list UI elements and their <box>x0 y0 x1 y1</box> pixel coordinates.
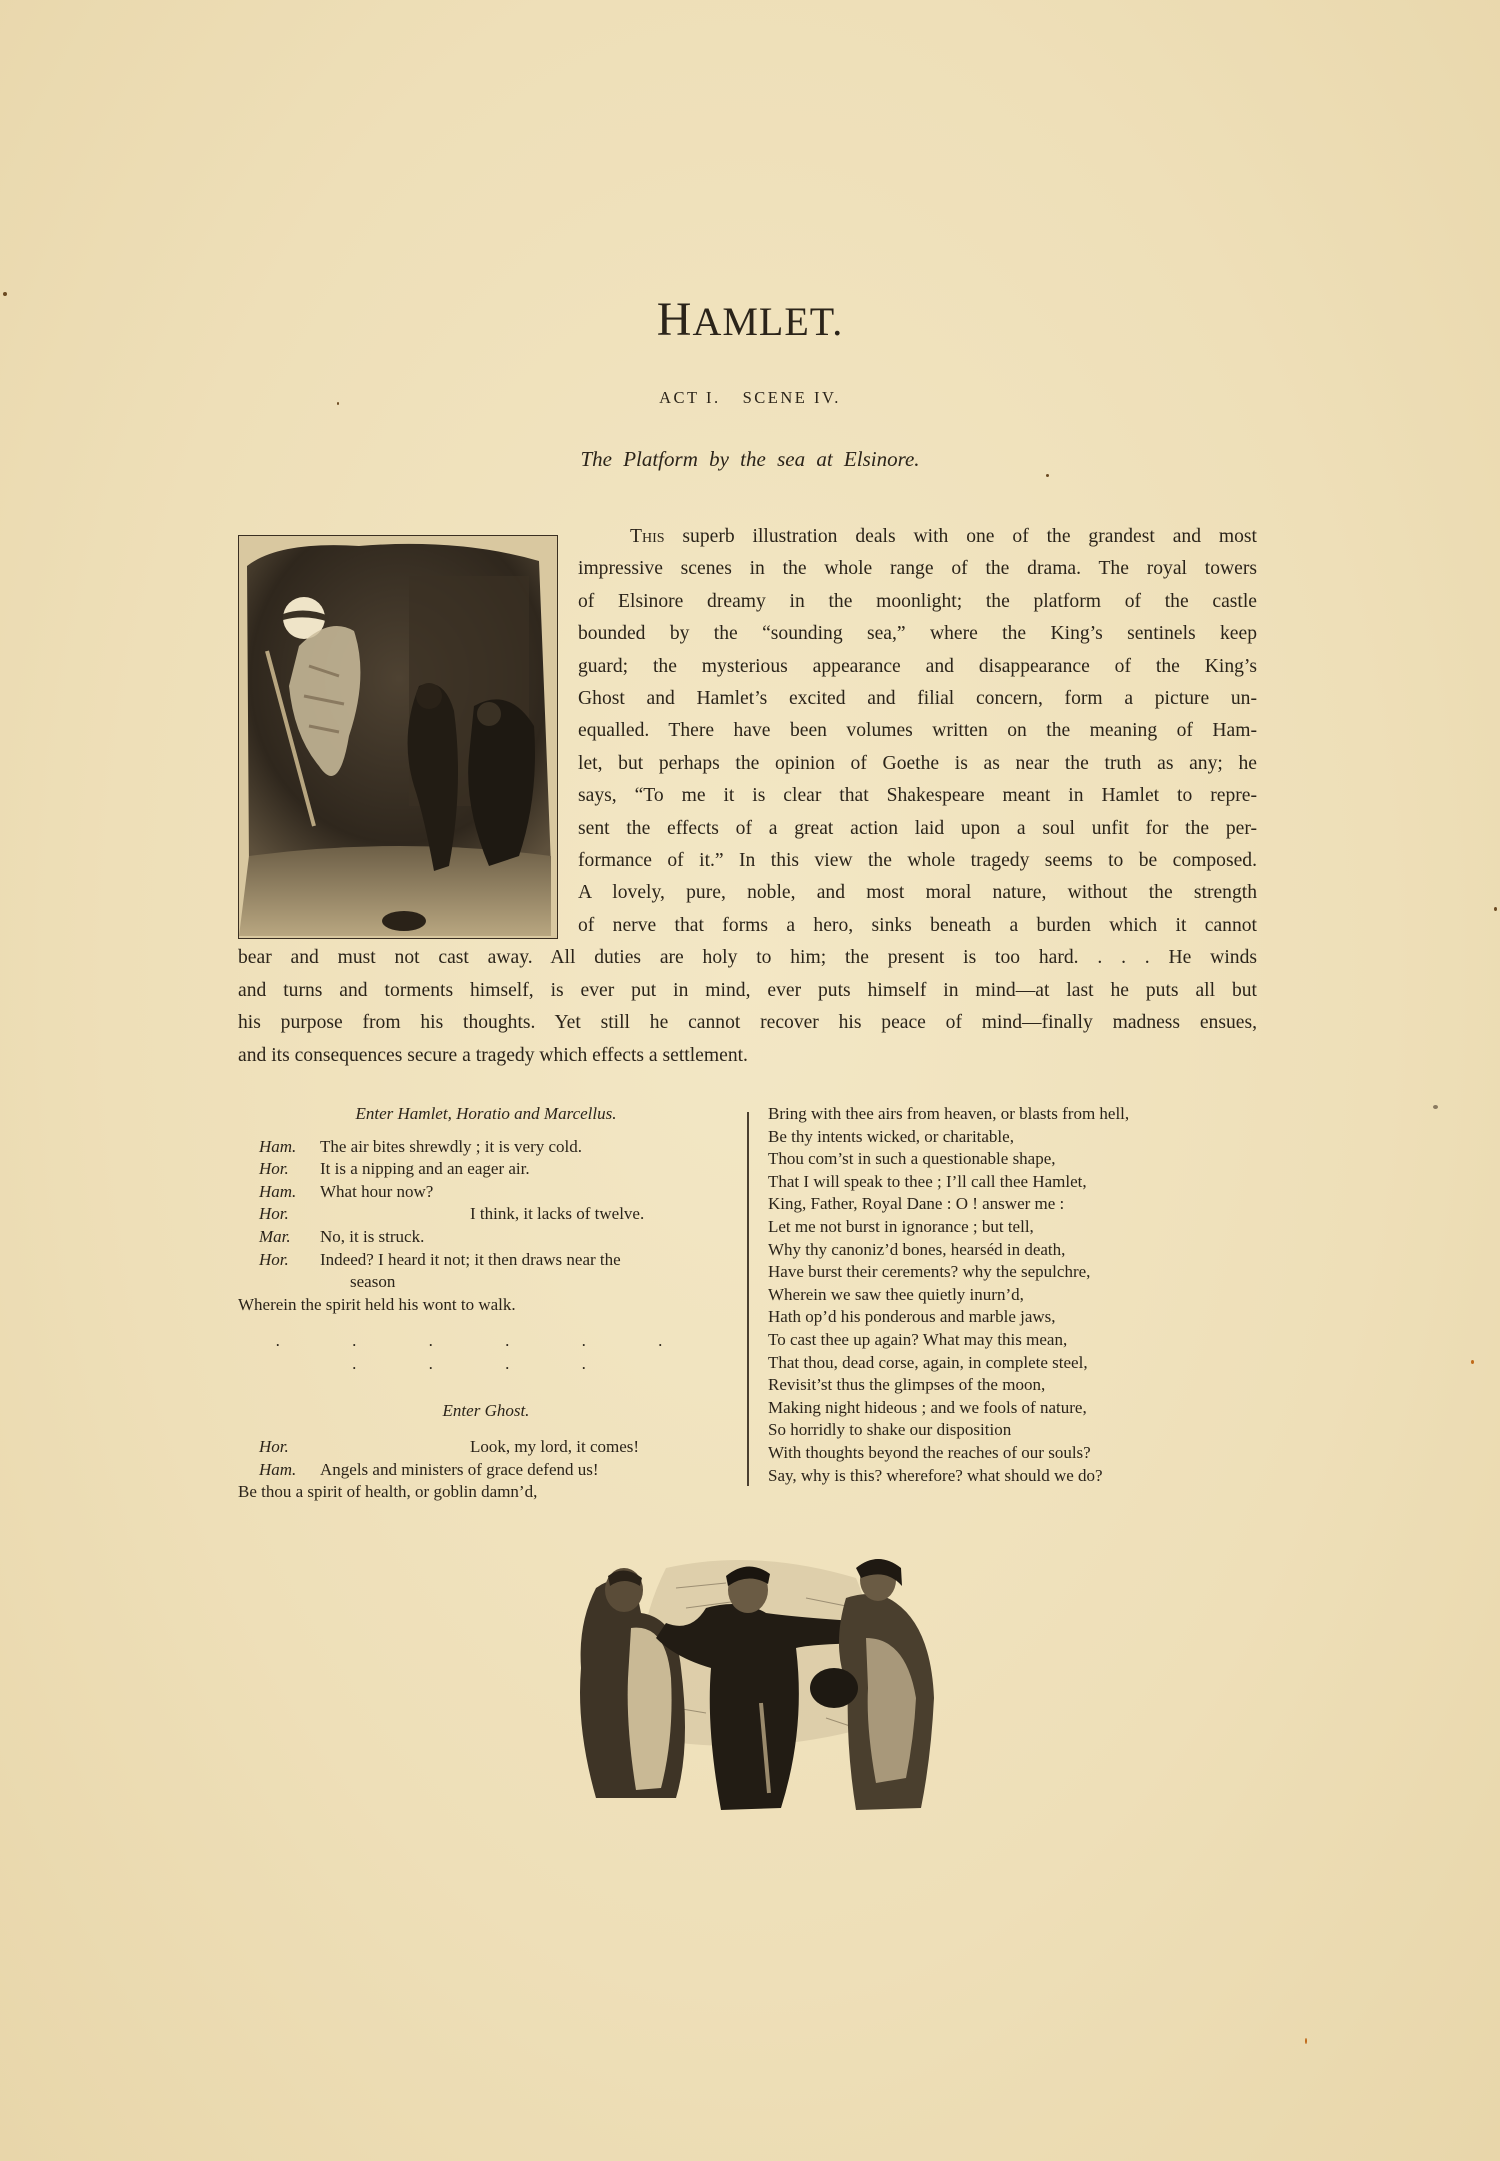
speaker: Hor. <box>238 1249 320 1272</box>
verse-line: Why thy canoniz’d bones, hearséd in deat… <box>768 1239 1238 1262</box>
stage-direction: Enter Ghost. <box>238 1400 734 1423</box>
three-figures-illustration <box>556 1528 946 1818</box>
scene-label: SCENE IV. <box>743 388 841 407</box>
script-left-column: Enter Hamlet, Horatio and Marcellus. Ham… <box>238 1103 734 1504</box>
act-scene-heading: ACT I.SCENE IV. <box>0 388 1500 408</box>
paper-speck <box>1471 1360 1474 1364</box>
title-initial: H <box>657 293 693 346</box>
commentary-line: of nerve that forms a hero, sinks beneat… <box>578 910 1257 942</box>
act-label: ACT I. <box>659 388 720 407</box>
commentary-line: guard; the mysterious appearance and dis… <box>578 651 1257 683</box>
commentary-line: This superb illustration deals with one … <box>580 521 1257 553</box>
commentary-line: bear and must not cast away. All duties … <box>238 942 1257 974</box>
paper-speck <box>1046 474 1049 477</box>
speech-line: Hor.I think, it lacks of twelve. <box>238 1203 734 1226</box>
verse-line: Wherein the spirit held his wont to walk… <box>238 1294 734 1317</box>
verse-line: Have burst their cerements? why the sepu… <box>768 1261 1238 1284</box>
paper-speck <box>1433 1105 1438 1109</box>
verse-line: Let me not burst in ignorance ; but tell… <box>768 1216 1238 1239</box>
commentary-line: and turns and torments himself, is ever … <box>238 975 1257 1007</box>
book-page: HAMLET. ACT I.SCENE IV. The Platform by … <box>0 0 1500 2161</box>
engraving-image <box>556 1528 946 1818</box>
speech-text: No, it is struck. <box>320 1226 424 1249</box>
commentary-line: let, but perhaps the opinion of Goethe i… <box>578 748 1257 780</box>
speaker: Hor. <box>238 1203 320 1226</box>
verse-line: Be thou a spirit of health, or goblin da… <box>238 1481 734 1504</box>
paper-speck <box>1305 2038 1307 2044</box>
speech-text: Indeed? I heard it not; it then draws ne… <box>320 1249 621 1272</box>
speech-text: The air bites shrewdly ; it is very cold… <box>320 1136 582 1159</box>
scene-setting: The Platform by the sea at Elsinore. <box>0 447 1500 472</box>
speech-line: Hor.Look, my lord, it comes! <box>238 1436 734 1459</box>
title-rest: AMLET. <box>692 299 843 344</box>
commentary-text: superb illustration deals with one of th… <box>665 526 1257 547</box>
script-right-column: Bring with thee airs from heaven, or bla… <box>768 1103 1238 1487</box>
speech-continuation: season <box>238 1271 734 1294</box>
commentary-line: of Elsinore dreamy in the moonlight; the… <box>578 586 1257 618</box>
column-divider <box>747 1112 749 1486</box>
speech-text: What hour now? <box>320 1181 433 1204</box>
engraving-image <box>239 536 557 938</box>
verse-line: Revisit’st thus the glimpses of the moon… <box>768 1374 1238 1397</box>
speech-text: I think, it lacks of twelve. <box>320 1203 644 1226</box>
stage-direction: Enter Hamlet, Horatio and Marcellus. <box>238 1103 734 1126</box>
speaker: Ham. <box>238 1136 320 1159</box>
ellipsis-break: . . . . . . . . . . <box>238 1330 734 1375</box>
commentary-line: Ghost and Hamlet’s excited and filial co… <box>578 683 1257 715</box>
speaker: Ham. <box>238 1181 320 1204</box>
speech-text: Angels and ministers of grace defend us! <box>320 1459 599 1482</box>
speech-text: It is a nipping and an eager air. <box>320 1158 530 1181</box>
speaker: Hor. <box>238 1436 320 1459</box>
commentary-line: bounded by the “sounding sea,” where the… <box>578 618 1257 650</box>
commentary-line: equalled. There have been volumes writte… <box>578 715 1257 747</box>
commentary-line: impressive scenes in the whole range of … <box>578 553 1257 585</box>
speaker: Hor. <box>238 1158 320 1181</box>
commentary-line: and its consequences secure a tragedy wh… <box>238 1040 1257 1072</box>
commentary-line: his purpose from his thoughts. Yet still… <box>238 1007 1257 1039</box>
speech-text: Look, my lord, it comes! <box>320 1436 639 1459</box>
verse-line: That thou, dead corse, again, in complet… <box>768 1352 1238 1375</box>
verse-line: Hath op’d his ponderous and marble jaws, <box>768 1306 1238 1329</box>
paper-speck <box>1494 907 1497 911</box>
speaker: Ham. <box>238 1459 320 1482</box>
verse-line: So horridly to shake our disposition <box>768 1419 1238 1442</box>
verse-line: Thou com’st in such a questionable shape… <box>768 1148 1238 1171</box>
commentary-line: A lovely, pure, noble, and most moral na… <box>578 877 1257 909</box>
commentary-line: says, “To me it is clear that Shakespear… <box>578 780 1257 812</box>
commentary-line: formance of it.” In this view the whole … <box>578 845 1257 877</box>
verse-line: King, Father, Royal Dane : O ! answer me… <box>768 1193 1238 1216</box>
ghost-scene-illustration <box>238 535 558 939</box>
speech-line: Ham.What hour now? <box>238 1181 734 1204</box>
verse-line: Be thy intents wicked, or charitable, <box>768 1126 1238 1149</box>
verse-line: With thoughts beyond the reaches of our … <box>768 1442 1238 1465</box>
verse-line: Say, why is this? wherefore? what should… <box>768 1465 1238 1488</box>
dropcap-word: This <box>630 526 665 547</box>
verse-line: That I will speak to thee ; I’ll call th… <box>768 1171 1238 1194</box>
page-title: HAMLET. <box>0 292 1500 347</box>
verse-line: Bring with thee airs from heaven, or bla… <box>768 1103 1238 1126</box>
commentary-line: sent the effects of a great action laid … <box>578 813 1257 845</box>
speaker: Mar. <box>238 1226 320 1249</box>
verse-line: Wherein we saw thee quietly inurn’d, <box>768 1284 1238 1307</box>
verse-line: To cast thee up again? What may this mea… <box>768 1329 1238 1352</box>
speech-line: Mar.No, it is struck. <box>238 1226 734 1249</box>
speech-line: Ham.The air bites shrewdly ; it is very … <box>238 1136 734 1159</box>
speech-line: Hor.It is a nipping and an eager air. <box>238 1158 734 1181</box>
speech-line: Hor.Indeed? I heard it not; it then draw… <box>238 1249 734 1272</box>
verse-line: Making night hideous ; and we fools of n… <box>768 1397 1238 1420</box>
speech-line: Ham.Angels and ministers of grace defend… <box>238 1459 734 1482</box>
